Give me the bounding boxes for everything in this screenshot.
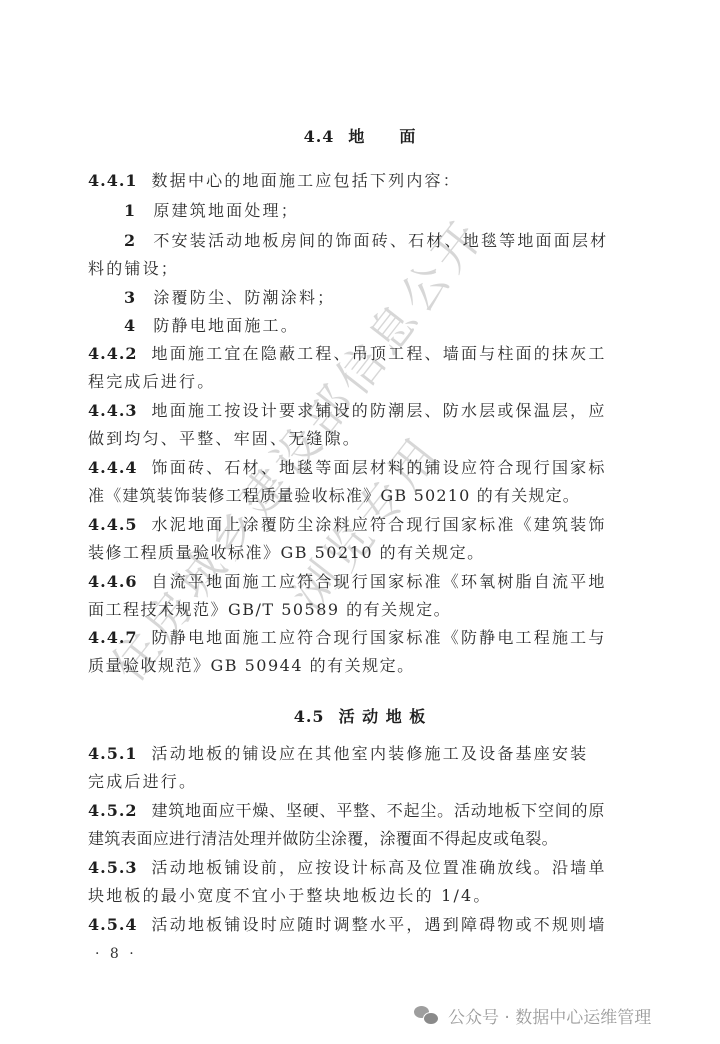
footer-text: 公众号 · 数据中心运维管理 <box>448 1003 651 1028</box>
section-title-4-4: 4.4地 面 <box>0 124 720 147</box>
item-number: 1 <box>124 201 137 220</box>
continuation-text: 面工程技术规范》GB/T 50589 的有关规定。 <box>88 600 451 619</box>
continuation-text: 质量验收规范》GB 50944 的有关规定。 <box>88 656 415 675</box>
clause-text: 数据中心的地面施工应包括下列内容： <box>152 171 461 190</box>
text-continuation: 装修工程质量验收标准》GB 50210 的有关规定。 <box>88 543 648 563</box>
section-heading: 活 动 地 板 <box>339 707 427 726</box>
continuation-text: 建筑表面应进行清洁处理并做防尘涂覆，涂覆面不得起皮或龟裂。 <box>88 829 558 848</box>
continuation-text: 准《建筑装饰装修工程质量验收标准》GB 50210 的有关规定。 <box>88 486 580 505</box>
clause-number: 4.5.3 <box>88 858 138 877</box>
clause-4-4-4: 4.4.4饰面砖、石材、地毯等面层材料的铺设应符合现行国家标 <box>88 458 648 478</box>
clause-4-4-3: 4.4.3地面施工按设计要求铺设的防潮层、防水层或保温层，应 <box>88 401 648 421</box>
list-item-2: 2不安装活动地板房间的饰面砖、石材、地毯等地面面层材 <box>124 231 684 251</box>
clause-number: 4.4.4 <box>88 458 138 477</box>
continuation-text: 装修工程质量验收标准》GB 50210 的有关规定。 <box>88 543 485 562</box>
clause-text: 防静电地面施工应符合现行国家标准《防静电工程施工与 <box>152 628 607 647</box>
item-number: 2 <box>124 231 137 250</box>
document-page: 住房城乡建设部信息公开 浏览专用 4.4地 面 4.4.1数据中心的地面施工应包… <box>0 0 720 1044</box>
item-text: 不安装活动地板房间的饰面砖、石材、地毯等地面面层材 <box>153 231 608 250</box>
clause-number: 4.4.2 <box>88 344 138 363</box>
text-continuation: 块地板的最小宽度不宜小于整块地板边长的 1/4。 <box>88 886 648 906</box>
text-continuation: 程完成后进行。 <box>88 372 648 392</box>
clause-4-4-2: 4.4.2地面施工宜在隐蔽工程、吊顶工程、墙面与柱面的抹灰工 <box>88 344 648 364</box>
section-title-4-5: 4.5活 动 地 板 <box>0 704 720 727</box>
clause-4-5-1: 4.5.1活动地板的铺设应在其他室内装修施工及设备基座安装 <box>88 744 648 764</box>
clause-number: 4.5.1 <box>88 744 138 763</box>
clause-text: 活动地板铺设前，应按设计标高及位置准确放线。沿墙单 <box>152 858 607 877</box>
page-number: · 8 · <box>95 946 137 962</box>
text-continuation: 准《建筑装饰装修工程质量验收标准》GB 50210 的有关规定。 <box>88 486 648 506</box>
text-continuation: 料的铺设； <box>88 259 648 279</box>
clause-text: 自流平地面施工应符合现行国家标准《环氧树脂自流平地 <box>152 572 607 591</box>
continuation-text: 块地板的最小宽度不宜小于整块地板边长的 1/4。 <box>88 886 492 905</box>
clause-4-4-7: 4.4.7防静电地面施工应符合现行国家标准《防静电工程施工与 <box>88 628 648 648</box>
continuation-text: 料的铺设； <box>88 259 179 278</box>
clause-number: 4.4.6 <box>88 572 138 591</box>
list-item-3: 3涂覆防尘、防潮涂料； <box>124 288 684 308</box>
continuation-text: 程完成后进行。 <box>88 372 215 391</box>
clause-number: 4.4.3 <box>88 401 138 420</box>
clause-4-5-2: 4.5.2建筑地面应干燥、坚硬、平整、不起尘。活动地板下空间的原 <box>88 801 648 821</box>
clause-number: 4.4.1 <box>88 171 138 190</box>
item-text: 原建筑地面处理； <box>153 201 299 220</box>
section-number: 4.4 <box>304 127 335 146</box>
continuation-text: 完成后进行。 <box>88 772 197 791</box>
continuation-text: 做到均匀、平整、牢固、无缝隙。 <box>88 429 361 448</box>
clause-text: 水泥地面上涂覆防尘涂料应符合现行国家标准《建筑装饰 <box>152 515 607 534</box>
clause-text: 地面施工按设计要求铺设的防潮层、防水层或保温层，应 <box>152 401 607 420</box>
clause-text: 活动地板铺设时应随时调整水平，遇到障碍物或不规则墙 <box>152 915 607 934</box>
clause-number: 4.5.2 <box>88 801 138 820</box>
clause-number: 4.4.7 <box>88 628 138 647</box>
clause-text: 活动地板的铺设应在其他室内装修施工及设备基座安装 <box>152 744 589 763</box>
item-text: 防静电地面施工。 <box>153 316 299 335</box>
clause-4-5-3: 4.5.3活动地板铺设前，应按设计标高及位置准确放线。沿墙单 <box>88 858 648 878</box>
item-number: 3 <box>124 288 137 307</box>
clause-4-5-4: 4.5.4活动地板铺设时应随时调整水平，遇到障碍物或不规则墙 <box>88 915 648 935</box>
text-continuation: 做到均匀、平整、牢固、无缝隙。 <box>88 429 648 449</box>
section-number: 4.5 <box>294 707 325 726</box>
clause-text: 建筑地面应干燥、坚硬、平整、不起尘。活动地板下空间的原 <box>152 801 606 820</box>
item-number: 4 <box>124 316 137 335</box>
list-item-1: 1原建筑地面处理； <box>124 201 684 221</box>
item-text: 涂覆防尘、防潮涂料； <box>153 288 335 307</box>
clause-number: 4.5.4 <box>88 915 138 934</box>
text-continuation: 面工程技术规范》GB/T 50589 的有关规定。 <box>88 600 648 620</box>
clause-text: 地面施工宜在隐蔽工程、吊顶工程、墙面与柱面的抹灰工 <box>152 344 607 363</box>
clause-4-4-6: 4.4.6自流平地面施工应符合现行国家标准《环氧树脂自流平地 <box>88 572 648 592</box>
section-heading: 地 面 <box>348 127 416 146</box>
clause-text: 饰面砖、石材、地毯等面层材料的铺设应符合现行国家标 <box>152 458 607 477</box>
clause-number: 4.4.5 <box>88 515 138 534</box>
text-continuation: 建筑表面应进行清洁处理并做防尘涂覆，涂覆面不得起皮或龟裂。 <box>88 829 648 849</box>
text-continuation: 完成后进行。 <box>88 772 648 792</box>
list-item-4: 4防静电地面施工。 <box>124 316 684 336</box>
wechat-icon <box>414 1005 440 1025</box>
text-continuation: 质量验收规范》GB 50944 的有关规定。 <box>88 656 648 676</box>
footer-attribution: 公众号 · 数据中心运维管理 <box>414 1003 651 1027</box>
clause-4-4-1: 4.4.1数据中心的地面施工应包括下列内容： <box>88 171 648 191</box>
clause-4-4-5: 4.4.5水泥地面上涂覆防尘涂料应符合现行国家标准《建筑装饰 <box>88 515 648 535</box>
